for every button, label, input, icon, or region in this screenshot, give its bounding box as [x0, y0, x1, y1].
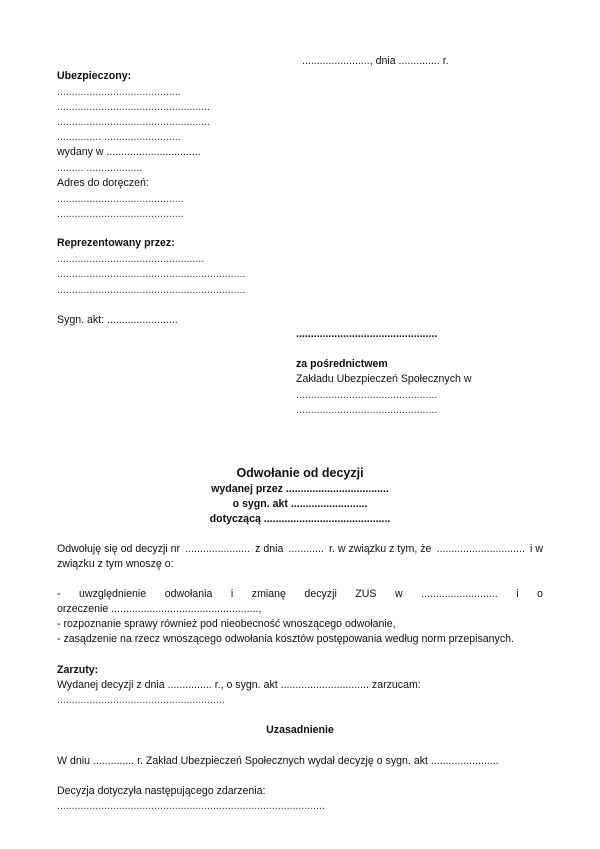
- institution-name: Zakładu Ubezpieczeń Społecznych w: [296, 373, 471, 386]
- objections-label: Zarzuty:: [57, 664, 98, 677]
- text: z dnia: [255, 543, 283, 556]
- delivery-address-label: Adres do doręczeń:: [57, 177, 149, 190]
- text: i: [231, 588, 233, 601]
- document-subtitle-case-number: o sygn. akt ..........................: [0, 498, 600, 511]
- address-line: ........................................…: [57, 193, 184, 206]
- appeal-intro-line2: związku z tym wnoszę o:: [57, 558, 174, 571]
- justification-blank: ........................................…: [57, 800, 325, 813]
- justification-heading: Uzasadnienie: [0, 724, 600, 737]
- institution-line: ........................................…: [296, 389, 437, 402]
- blank: ..........................: [421, 588, 498, 601]
- justification-line: W dniu .............. r. Zakład Ubezpiec…: [57, 755, 499, 768]
- text: i: [516, 588, 518, 601]
- court-line: ........................................…: [296, 328, 437, 341]
- representative-label: Reprezentowany przez:: [57, 237, 175, 250]
- objections-blank: ........................................…: [57, 694, 225, 707]
- text: ZUS: [355, 588, 376, 601]
- text: Odwołuję się od decyzji nr: [57, 543, 180, 556]
- blank: ......................: [185, 543, 250, 556]
- justification-event-label: Decyzja dotyczyła następującego zdarzeni…: [57, 785, 265, 798]
- blank: ..............................: [437, 543, 525, 556]
- request-3: - zasądzenie na rzecz wnoszącego odwołan…: [57, 633, 514, 646]
- insured-line: ............... ........................…: [57, 131, 181, 144]
- request-2: - rozpoznanie sprawy również pod nieobec…: [57, 618, 396, 631]
- text: decyzji: [304, 588, 336, 601]
- insured-line: ........................................…: [57, 86, 181, 99]
- objections-line: Wydanej decyzji z dnia ............... r…: [57, 679, 421, 692]
- address-line: ........................................…: [57, 208, 184, 221]
- document-subtitle-concerning: dotyczącą ..............................…: [0, 513, 600, 526]
- insured-line: ......... ...................: [57, 162, 142, 175]
- insured-label: Ubezpieczony:: [57, 70, 131, 83]
- text: zmianę: [252, 588, 286, 601]
- text: w: [395, 588, 403, 601]
- text: r. w związku z tym, że: [329, 543, 431, 556]
- issued-in-line: wydany w ...............................…: [57, 146, 201, 159]
- insured-line: ........................................…: [57, 116, 210, 129]
- text: uwzględnienie: [79, 588, 146, 601]
- place-date-line: ......................., dnia ..........…: [302, 55, 449, 68]
- request-1-line: - uwzględnienie odwołania i zmianę decyz…: [57, 588, 543, 601]
- blank: ............: [289, 543, 324, 556]
- appeal-intro-line: Odwołuję się od decyzji nr .............…: [57, 543, 543, 556]
- text: i w: [530, 543, 543, 556]
- case-number-line: Sygn. akt: ........................: [57, 314, 178, 327]
- representative-line: ........................................…: [57, 284, 245, 297]
- text: -: [57, 588, 61, 601]
- document-title: Odwołanie od decyzji: [0, 466, 600, 481]
- representative-line: ........................................…: [57, 253, 204, 266]
- via-label: za pośrednictwem: [296, 358, 388, 371]
- insured-line: ........................................…: [57, 101, 210, 114]
- document-subtitle-issued-by: wydanej przez ..........................…: [0, 483, 600, 496]
- institution-line: ........................................…: [296, 404, 437, 417]
- text: o: [537, 588, 543, 601]
- text: odwołania: [165, 588, 213, 601]
- representative-line: ........................................…: [57, 268, 245, 281]
- request-1-line2: orzeczenie .............................…: [57, 603, 261, 616]
